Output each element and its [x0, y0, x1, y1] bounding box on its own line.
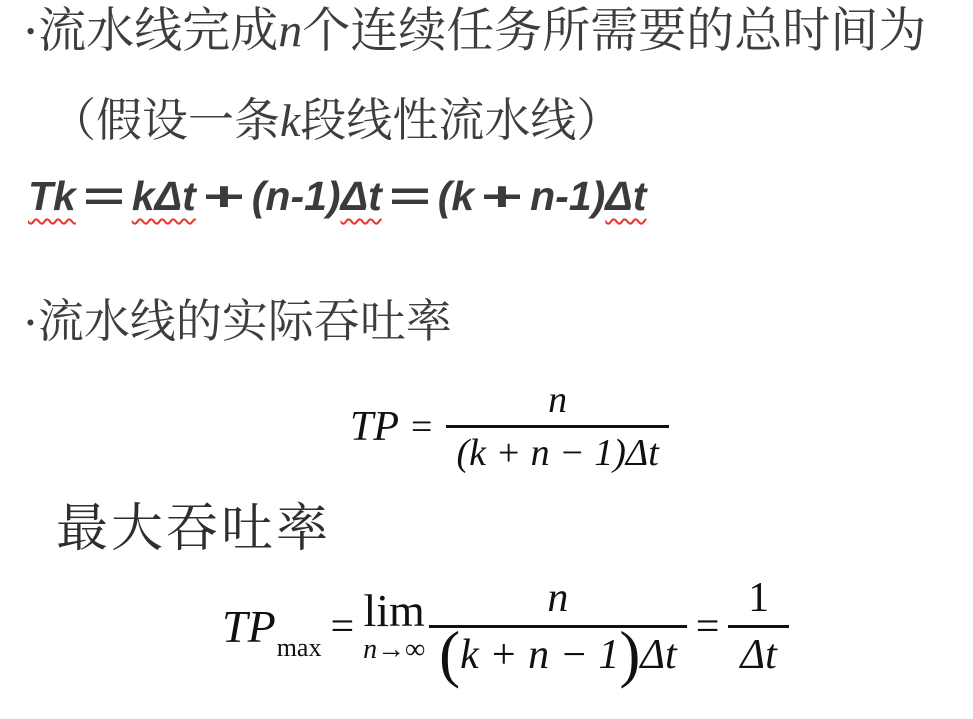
assumption-line: （假设一条k段线性流水线）	[50, 90, 622, 152]
tpmax-symbol: TP max	[222, 600, 321, 653]
max-subscript: max	[277, 633, 322, 663]
denominator-delta-t: Δt	[728, 625, 788, 679]
one-over-delta-t-fraction: 1 Δt	[728, 574, 788, 679]
operator: =	[83, 168, 125, 224]
bullet-icon: •	[26, 16, 35, 46]
bullet-line-total-time: •流水线完成n个连续任务所需要的总时间为	[26, 0, 926, 63]
line4-text: 流水线的实际吞吐率	[38, 296, 452, 347]
formula-segment: kΔt	[132, 168, 196, 224]
formula-segment: Δt	[341, 168, 382, 224]
big-open-paren: (	[439, 631, 460, 678]
lim-operator: lim	[363, 589, 424, 633]
slide: •流水线完成n个连续任务所需要的总时间为 （假设一条k段线性流水线） Tk=kΔ…	[0, 0, 973, 719]
line2-text-pre: （假设一条	[50, 95, 280, 146]
operator: +	[481, 168, 523, 224]
equals-sign: =	[696, 603, 720, 651]
tk-total-time-formula: Tk=kΔt+(n-1)Δt=(k+n-1)Δt	[28, 168, 646, 224]
formula-segment: (n-1)	[252, 168, 341, 224]
formula-segment: (k	[438, 168, 474, 224]
formula-segment: Tk	[28, 168, 76, 224]
tpmax-formula: TP max = lim n→∞ n ( k + n − 1 ) Δt = 1 …	[222, 574, 789, 679]
max-heading-text: 最大吞吐率	[56, 501, 331, 558]
equals-sign: =	[411, 405, 432, 449]
operator: +	[203, 168, 245, 224]
equals-sign: =	[330, 603, 354, 651]
formula-segment: n-1)	[530, 168, 605, 224]
operator: =	[389, 168, 431, 224]
bullet-line-actual-throughput: •流水线的实际吞吐率	[26, 292, 452, 353]
line1-text-post: 个连续任务所需要的总时间为	[302, 5, 926, 58]
denominator-body: k + n − 1	[460, 631, 619, 679]
tp-throughput-formula: TP = n (k + n − 1)Δt	[350, 378, 669, 475]
line2-text-post: 段线性流水线）	[300, 95, 622, 146]
tpmax-fraction: n ( k + n − 1 ) Δt	[429, 574, 687, 679]
line1-text-pre: 流水线完成	[38, 5, 278, 58]
lim-subscript-n-to-infinity: n→∞	[363, 635, 425, 665]
variable-k: k	[280, 95, 300, 146]
bullet-icon: •	[26, 309, 35, 337]
big-close-paren: )	[619, 631, 640, 678]
numerator-one: 1	[736, 574, 781, 625]
denominator-delta-t: Δt	[640, 631, 676, 679]
max-throughput-heading: 最大吞吐率	[56, 498, 331, 562]
tp-symbol: TP	[350, 403, 399, 451]
tp-denominator: (k + n − 1)Δt	[446, 425, 668, 475]
formula-segment: Δt	[605, 168, 646, 224]
limit-block: lim n→∞	[363, 589, 425, 665]
tp-symbol: TP	[222, 600, 276, 653]
tp-fraction: n (k + n − 1)Δt	[446, 378, 668, 475]
tpmax-denominator: ( k + n − 1 ) Δt	[429, 625, 687, 679]
tpmax-numerator: n	[537, 574, 578, 625]
tp-numerator: n	[538, 378, 577, 425]
variable-n: n	[278, 5, 302, 58]
